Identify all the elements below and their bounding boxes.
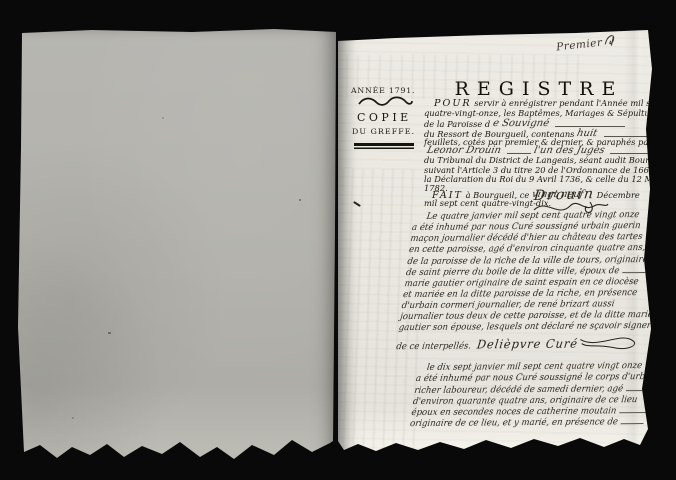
- ornament-squiggle-icon: [356, 96, 414, 108]
- ink-stroke: [620, 418, 644, 425]
- ink-stroke: [610, 147, 656, 154]
- priest-signature: Delièpvre Curé: [476, 336, 579, 351]
- ink-stroke: [626, 384, 655, 391]
- ink-stroke: [604, 130, 676, 137]
- year-label: ANNÉE 1791.: [351, 86, 415, 95]
- right-register-page: Premier ANNÉE 1791. COPIE DU GREFFE. REG…: [336, 29, 658, 457]
- copie-label: COPIE: [357, 111, 412, 124]
- paper-speck: [108, 332, 111, 334]
- ink-stroke: [622, 266, 667, 273]
- left-blank-page: [12, 27, 338, 465]
- register-scan: Premier ANNÉE 1791. COPIE DU GREFFE. REG…: [0, 0, 676, 480]
- entry-text: de ce interpellés.: [396, 341, 472, 352]
- printed-line: du Tribunal du District de Langeais, séa…: [424, 156, 673, 164]
- folio-note: Premier: [555, 32, 623, 55]
- du-greffe-label: DU GREFFE.: [352, 127, 415, 136]
- paper-speck: [299, 199, 301, 201]
- double-rule-ornament: [354, 143, 414, 150]
- entry-line: originaire de ce lieu, et y marié, en pr…: [409, 418, 644, 431]
- printed-text: servir à enrégistrer pendant l'Année mil…: [472, 98, 676, 108]
- printed-text: de la Paroisse d: [424, 119, 490, 129]
- paper-speck: [72, 417, 74, 419]
- ink-stroke: [555, 120, 625, 127]
- paraph-flourish-icon: [601, 32, 623, 50]
- printed-text: Décembre: [597, 190, 640, 200]
- ink-stroke: [619, 406, 648, 413]
- ink-stroke: [507, 147, 531, 154]
- printed-line: suivant l'Article 3 du titre 20 de l'Ord…: [424, 166, 657, 174]
- paper-speck: [162, 117, 164, 119]
- entry-text: de saint pierre du boile de la ditte vil…: [405, 266, 620, 278]
- burial-entry-2: le dix sept janvier mil sept cent quatre…: [409, 361, 652, 431]
- folio-note-text: Premier: [556, 37, 603, 54]
- signature-flourish-icon: [577, 333, 640, 354]
- entry-text: richer laboureur, décédé de samedi derni…: [414, 384, 624, 396]
- burial-entry-1: Le quatre janvier mil sept cent quatre v…: [396, 210, 651, 346]
- handwritten-insert: e Souvigné: [492, 118, 550, 129]
- entry-text: originaire de ce lieu, et y marié, en pr…: [409, 418, 618, 430]
- entry-text: époux en secondes noces de catherine mou…: [411, 406, 617, 418]
- printed-line: la Déclaration du Roi du 9 Avril 1736, &…: [424, 175, 661, 183]
- registre-title: REGISTRE: [422, 78, 656, 100]
- entry-line: de ce interpellés.Delièpvre Curé: [396, 333, 635, 346]
- printed-line: quatre-vingt-onze, les Baptêmes, Mariage…: [424, 109, 663, 117]
